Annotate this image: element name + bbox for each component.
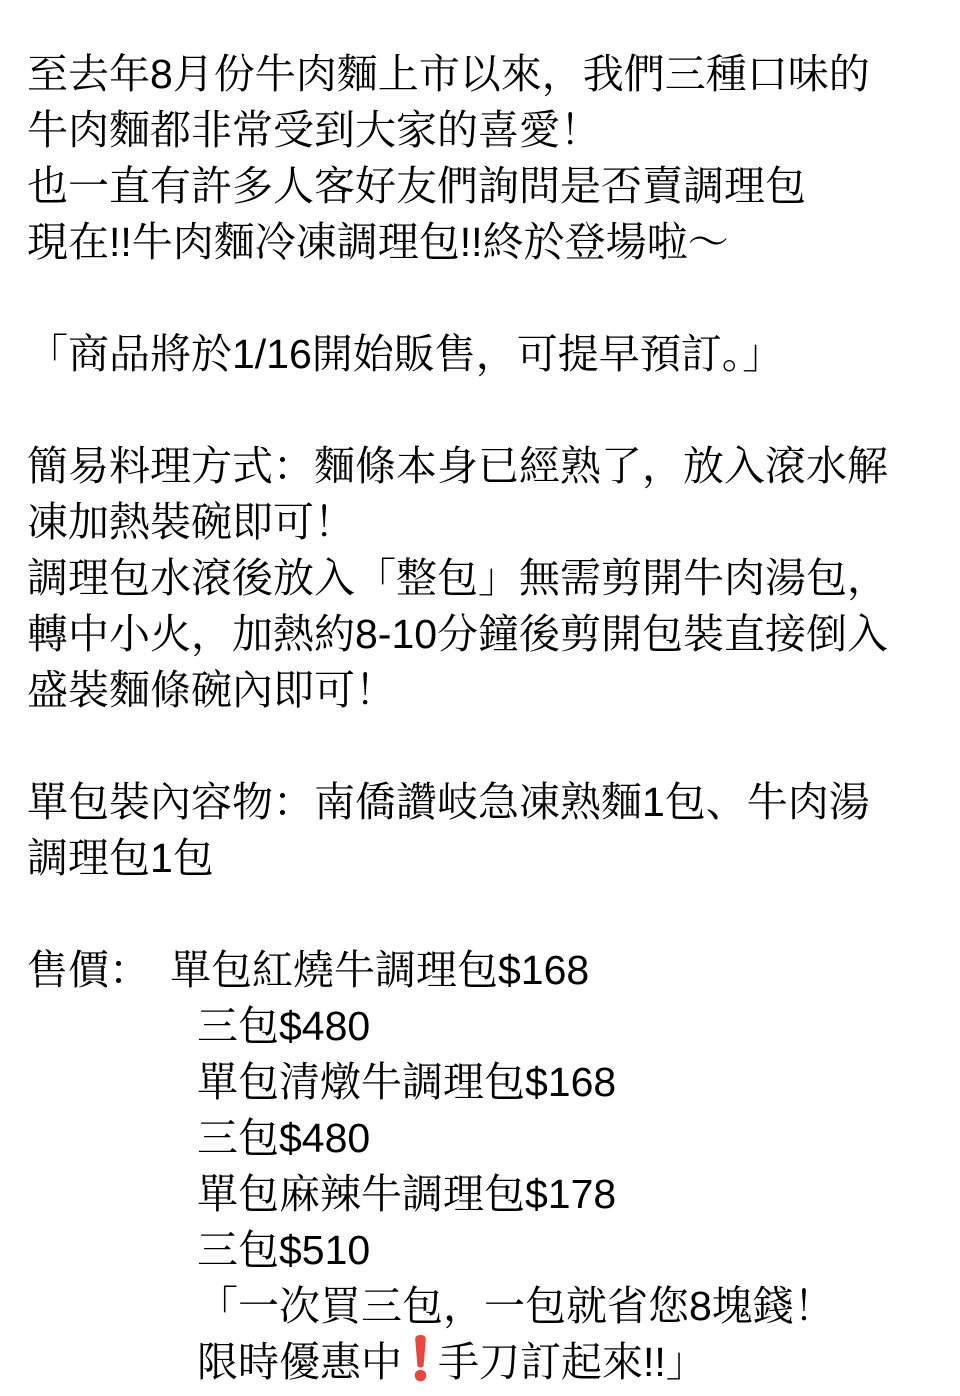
pricing-item-spicy-single: 單包麻辣牛調理包$178 [27,1166,942,1222]
intro-line-2: 牛肉麵都非常受到大家的喜愛！ [27,102,942,158]
intro-line-1: 至去年8月份牛肉麵上市以來，我們三種口味的 [27,46,942,102]
intro-section: 至去年8月份牛肉麵上市以來，我們三種口味的 牛肉麵都非常受到大家的喜愛！ 也一直… [27,46,942,270]
pricing-item-clear-stew-single: 單包清燉牛調理包$168 [27,1054,942,1110]
availability-line: 「商品將於1/16開始販售，可提早預訂。」 [27,326,942,382]
pricing-first-line: 售價：單包紅燒牛調理包$168 [27,942,942,998]
pricing-item-red-braised-single: 單包紅燒牛調理包$168 [170,947,589,993]
promo-line-2-text-before: 限時優惠中 [197,1339,402,1385]
cooking-line-2: 凍加熱裝碗即可！ [27,494,942,550]
pricing-label: 售價： [27,947,150,993]
cooking-line-3: 調理包水滾後放入「整包」無需剪開牛肉湯包， [27,550,942,606]
cooking-line-4: 轉中小火，加熱約8-10分鐘後剪開包裝直接倒入 [27,606,942,662]
intro-line-3: 也一直有許多人客好友們詢問是否賣調理包 [27,158,942,214]
cooking-line-5: 盛裝麵條碗內即可！ [27,662,942,718]
promo-line-2: 限時優惠中手刀訂起來!!」 [27,1334,942,1390]
promo-line-2-text-after: 手刀訂起來!!」 [438,1339,707,1385]
red-exclamation-icon [402,1334,438,1382]
intro-line-4: 現在!!牛肉麵冷凍調理包!!終於登場啦～ [27,214,942,270]
contents-line-1: 單包裝內容物：南僑讚岐急凍熟麵1包、牛肉湯 [27,774,942,830]
cooking-instructions-section: 簡易料理方式：麵條本身已經熟了，放入滾水解 凍加熱裝碗即可！ 調理包水滾後放入「… [27,438,942,718]
cooking-line-1: 簡易料理方式：麵條本身已經熟了，放入滾水解 [27,438,942,494]
pricing-item-red-braised-triple: 三包$480 [27,998,942,1054]
contents-line-2: 調理包1包 [27,830,942,886]
post-content: 至去年8月份牛肉麵上市以來，我們三種口味的 牛肉麵都非常受到大家的喜愛！ 也一直… [27,46,942,1390]
pricing-section: 售價：單包紅燒牛調理包$168 三包$480 單包清燉牛調理包$168 三包$4… [27,942,942,1390]
availability-section: 「商品將於1/16開始販售，可提早預訂。」 [27,326,942,382]
pricing-item-clear-stew-triple: 三包$480 [27,1110,942,1166]
package-contents-section: 單包裝內容物：南僑讚岐急凍熟麵1包、牛肉湯 調理包1包 [27,774,942,886]
pricing-item-spicy-triple: 三包$510 [27,1222,942,1278]
promo-line-1: 「一次買三包，一包就省您8塊錢！ [27,1278,942,1334]
